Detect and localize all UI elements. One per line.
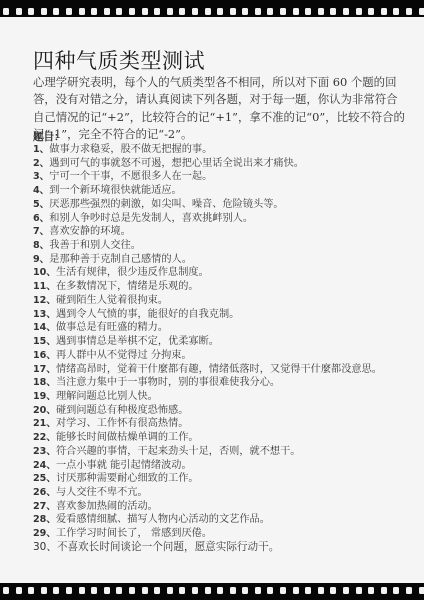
question-text: 符合兴趣的事情，干起来劲头十足，否则，就不想干。 <box>56 446 301 457</box>
question-number: 30、 <box>33 541 57 553</box>
question-text: 对学习、工作怀有很高热情。 <box>56 418 188 429</box>
question-text: 做事总是有旺盛的精力。 <box>56 322 168 333</box>
question-item: 2、遇到可气的事就怒不可遏，想把心里话全说出来才痛快。 <box>33 157 382 171</box>
film-hole <box>356 587 362 594</box>
question-number: 12、 <box>33 295 56 306</box>
question-text: 遇到可气的事就怒不可遏，想把心里话全说出来才痛快。 <box>49 158 304 169</box>
film-hole <box>16 587 22 594</box>
film-hole <box>91 587 97 594</box>
film-hole <box>293 8 299 15</box>
question-text: 理解问题总比别人快。 <box>56 391 158 402</box>
question-text: 是那种善于克制自己感情的人。 <box>49 254 192 265</box>
film-hole <box>3 587 9 594</box>
question-item: 13、遇到令人气愤的事，能很好的自我克制。 <box>33 308 382 322</box>
question-text: 遇到事情总是举棋不定，优柔寡断。 <box>56 336 219 347</box>
film-hole <box>16 8 22 15</box>
question-item: 27、喜欢参加热闹的活动。 <box>33 500 382 514</box>
film-hole <box>255 587 261 594</box>
question-number: 15、 <box>33 336 56 347</box>
film-hole <box>79 8 85 15</box>
film-hole <box>79 587 85 594</box>
question-number: 2、 <box>33 158 49 169</box>
film-hole <box>393 587 399 594</box>
question-text: 做事力求稳妥，股不做无把握的事。 <box>49 144 212 155</box>
question-text: 讨厌那种需要耐心细致的工作。 <box>56 473 199 484</box>
film-hole <box>330 587 336 594</box>
film-hole <box>318 8 324 15</box>
question-number: 3、 <box>33 171 49 182</box>
film-hole <box>104 8 110 15</box>
question-item: 29、工作学习时间长了， 常感到厌倦。 <box>33 527 382 541</box>
film-hole <box>242 8 248 15</box>
question-text: 碰到陌生人觉着很拘束。 <box>56 295 168 306</box>
film-hole <box>343 8 349 15</box>
question-number: 4、 <box>33 185 49 196</box>
film-hole <box>41 8 47 15</box>
film-hole <box>356 8 362 15</box>
question-text: 在多数情况下，情绪是乐观的。 <box>56 281 199 292</box>
question-text: 与人交往不卑不亢。 <box>56 487 148 498</box>
film-hole <box>53 8 59 15</box>
film-hole <box>142 8 148 15</box>
question-text: 一点小事就 能引起情绪波动。 <box>56 460 192 471</box>
question-item: 19、理解问题总比别人快。 <box>33 390 382 404</box>
question-item: 6、和别人争吵时总是先发制人，喜欢挑衅别人。 <box>33 212 382 226</box>
film-hole <box>406 8 412 15</box>
film-hole <box>192 587 198 594</box>
film-hole <box>66 8 72 15</box>
film-hole <box>192 8 198 15</box>
question-number: 19、 <box>33 391 56 402</box>
film-hole <box>217 587 223 594</box>
question-text: 到一个新环境很快就能适应。 <box>49 185 181 196</box>
question-text: 喜欢安静的环境。 <box>49 226 131 237</box>
film-hole <box>116 8 122 15</box>
film-hole <box>419 587 424 594</box>
film-hole <box>179 587 185 594</box>
film-hole <box>242 587 248 594</box>
question-item: 4、到一个新环境很快就能适应。 <box>33 184 382 198</box>
film-hole <box>154 8 160 15</box>
question-number: 14、 <box>33 322 56 333</box>
filmstrip-border-top <box>0 0 424 17</box>
film-hole <box>330 8 336 15</box>
film-hole <box>381 8 387 15</box>
question-text: 我善于和别人交往。 <box>49 240 141 251</box>
question-item: 17、情绪高昂时，觉着干什麼都有趣，情绪低落时，又觉得干什麼都没意思。 <box>33 363 382 377</box>
question-text: 厌恶那些强烈的刺激，如尖叫、噪音、危险镜头等。 <box>49 199 283 210</box>
question-text: 喜欢参加热闹的活动。 <box>56 501 158 512</box>
question-item: 14、做事总是有旺盛的精力。 <box>33 321 382 335</box>
page-title: 四种气质类型测试 <box>33 45 205 75</box>
question-number: 22、 <box>33 432 56 443</box>
question-item: 16、再人群中从不觉得过 分拘束。 <box>33 349 382 363</box>
question-text: 生活有规律，很少违反作息制度。 <box>56 267 209 278</box>
question-text: 能够长时间做枯燥单调的工作。 <box>56 432 199 443</box>
film-hole <box>41 587 47 594</box>
question-number: 5、 <box>33 199 49 210</box>
question-number: 29、 <box>33 528 56 539</box>
film-hole <box>293 587 299 594</box>
question-text: 工作学习时间长了， 常感到厌倦。 <box>56 528 212 539</box>
film-hole <box>230 8 236 15</box>
film-hole <box>406 587 412 594</box>
film-hole <box>280 8 286 15</box>
film-hole <box>267 587 273 594</box>
film-hole <box>280 587 286 594</box>
film-hole <box>255 8 261 15</box>
film-hole <box>129 587 135 594</box>
film-hole <box>419 8 424 15</box>
question-item: 11、在多数情况下，情绪是乐观的。 <box>33 280 382 294</box>
film-hole <box>167 587 173 594</box>
film-hole <box>217 8 223 15</box>
film-hole <box>305 587 311 594</box>
question-text: 和别人争吵时总是先发制人，喜欢挑衅别人。 <box>49 213 253 224</box>
film-hole <box>154 587 160 594</box>
question-number: 6、 <box>33 213 49 224</box>
question-number: 13、 <box>33 309 56 320</box>
question-text: 遇到令人气愤的事，能很好的自我克制。 <box>56 309 239 320</box>
film-hole <box>28 8 34 15</box>
question-item: 20、碰到问题总有种极度恐怖感。 <box>33 404 382 418</box>
question-number: 20、 <box>33 405 56 416</box>
film-hole <box>368 587 374 594</box>
question-number: 8、 <box>33 240 49 251</box>
film-hole <box>66 587 72 594</box>
question-item: 9、是那种善于克制自己感情的人。 <box>33 253 382 267</box>
film-hole <box>318 587 324 594</box>
film-hole <box>142 587 148 594</box>
question-text: 不喜欢长时间谈论一个问题，愿意实际行动干。 <box>57 541 279 553</box>
film-hole <box>267 8 273 15</box>
question-number: 16、 <box>33 350 56 361</box>
film-hole <box>305 8 311 15</box>
question-text: 情绪高昂时，觉着干什麼都有趣，情绪低落时，又觉得干什麼都没意思。 <box>56 364 382 375</box>
question-list: 1、做事力求稳妥，股不做无把握的事。2、遇到可气的事就怒不可遏，想把心里话全说出… <box>33 143 382 555</box>
question-text: 当注意力集中于一事物时，别的事很难使我分心。 <box>56 377 280 388</box>
question-text: 碰到问题总有种极度恐怖感。 <box>56 405 188 416</box>
question-number: 24、 <box>33 460 56 471</box>
question-number: 28、 <box>33 514 56 525</box>
film-hole <box>205 587 211 594</box>
question-text: 爱看感情细腻、描写人物内心活动的文艺作品。 <box>56 514 270 525</box>
question-text: 宁可一个干事，不愿很多人在一起。 <box>49 171 212 182</box>
question-item: 22、能够长时间做枯燥单调的工作。 <box>33 431 382 445</box>
question-number: 11、 <box>33 281 56 292</box>
question-number: 26、 <box>33 487 56 498</box>
film-hole <box>179 8 185 15</box>
question-item: 1、做事力求稳妥，股不做无把握的事。 <box>33 143 382 157</box>
question-number: 21、 <box>33 418 56 429</box>
section-label: 题目： <box>33 129 65 144</box>
intro-paragraph: 心理学研究表明，每个人的气质类型各不相同，所以对下面 60 个题的回答，没有对错… <box>33 74 405 143</box>
film-hole <box>167 8 173 15</box>
question-item: 5、厌恶那些强烈的刺激，如尖叫、噪音、危险镜头等。 <box>33 198 382 212</box>
film-hole <box>116 587 122 594</box>
film-hole <box>129 8 135 15</box>
question-item: 12、碰到陌生人觉着很拘束。 <box>33 294 382 308</box>
film-hole <box>368 8 374 15</box>
question-number: 7、 <box>33 226 49 237</box>
film-hole <box>28 587 34 594</box>
question-number: 27、 <box>33 501 56 512</box>
question-number: 1、 <box>33 144 49 155</box>
document-page: 四种气质类型测试 心理学研究表明，每个人的气质类型各不相同，所以对下面 60 个… <box>0 17 424 583</box>
film-hole <box>104 587 110 594</box>
question-number: 9、 <box>33 254 49 265</box>
film-hole <box>91 8 97 15</box>
film-hole <box>3 8 9 15</box>
filmstrip-border-bottom <box>0 583 424 600</box>
question-item: 25、讨厌那种需要耐心细致的工作。 <box>33 472 382 486</box>
film-hole <box>205 8 211 15</box>
question-item: 10、生活有规律，很少违反作息制度。 <box>33 266 382 280</box>
question-item: 24、一点小事就 能引起情绪波动。 <box>33 459 382 473</box>
film-hole <box>230 587 236 594</box>
question-item: 30、不喜欢长时间谈论一个问题，愿意实际行动干。 <box>33 541 382 555</box>
film-hole <box>53 587 59 594</box>
question-item: 3、宁可一个干事，不愿很多人在一起。 <box>33 170 382 184</box>
question-item: 15、遇到事情总是举棋不定，优柔寡断。 <box>33 335 382 349</box>
question-number: 18、 <box>33 377 56 388</box>
question-item: 7、喜欢安静的环境。 <box>33 225 382 239</box>
film-hole <box>393 8 399 15</box>
question-item: 28、爱看感情细腻、描写人物内心活动的文艺作品。 <box>33 513 382 527</box>
film-hole <box>343 587 349 594</box>
question-number: 23、 <box>33 446 56 457</box>
question-item: 18、当注意力集中于一事物时，别的事很难使我分心。 <box>33 376 382 390</box>
question-number: 25、 <box>33 473 56 484</box>
question-text: 再人群中从不觉得过 分拘束。 <box>56 350 192 361</box>
film-hole <box>381 587 387 594</box>
question-item: 8、我善于和别人交往。 <box>33 239 382 253</box>
question-item: 21、对学习、工作怀有很高热情。 <box>33 417 382 431</box>
question-item: 23、符合兴趣的事情，干起来劲头十足，否则，就不想干。 <box>33 445 382 459</box>
question-number: 17、 <box>33 364 56 375</box>
question-number: 10、 <box>33 267 56 278</box>
question-item: 26、与人交往不卑不亢。 <box>33 486 382 500</box>
